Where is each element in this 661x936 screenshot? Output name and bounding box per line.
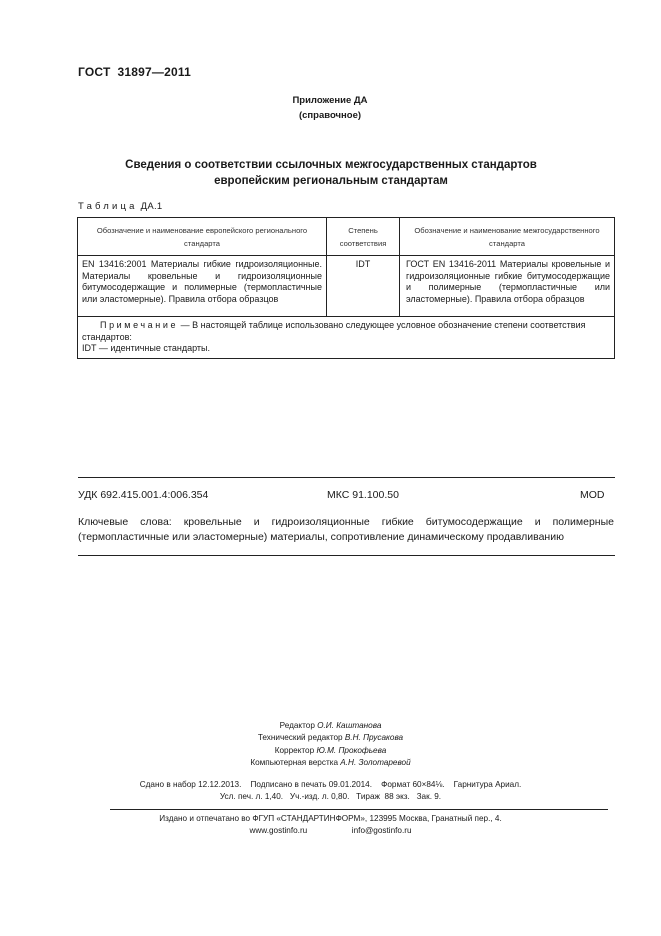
table-note: Примечание — В настоящей таблице использ… (78, 317, 615, 359)
credits-block: Редактор О.И. Каштанова Технический реда… (0, 720, 661, 770)
publication-line-1: Сдано в набор 12.12.2013. Подписано в пе… (0, 779, 661, 791)
appendix-title: Приложение ДА (260, 95, 400, 106)
publisher-email[interactable]: info@gostinfo.ru (352, 826, 412, 835)
table-caption: Таблица ДА.1 (78, 201, 163, 212)
divider-bottom (78, 555, 615, 556)
appendix-subtitle: (справочное) (260, 110, 400, 121)
table-row: EN 13416:2001 Материалы гибкие гидроизол… (78, 256, 615, 317)
cell-european-standard: EN 13416:2001 Материалы гибкие гидроизол… (78, 256, 327, 317)
column-header-interstate: Обозначение и наименование межгосударств… (400, 218, 615, 256)
mod-label: MOD (580, 489, 605, 501)
column-header-european: Обозначение и наименование европейского … (78, 218, 327, 256)
column-header-degree: Степень соответствия (327, 218, 400, 256)
publication-info: Сдано в набор 12.12.2013. Подписано в пе… (0, 779, 661, 804)
credit-tech-editor: Технический редактор В.Н. Прусакова (0, 732, 661, 744)
divider-top (78, 477, 615, 478)
publisher-info: Издано и отпечатано во ФГУП «СТАНДАРТИНФ… (0, 813, 661, 838)
divider-publisher (110, 809, 608, 810)
document-id: ГОСТ 31897—2011 (78, 65, 191, 79)
table-caption-word: Таблица (78, 201, 138, 212)
table-header-row: Обозначение и наименование европейского … (78, 218, 615, 256)
section-title: Сведения о соответствии ссылочных межгос… (100, 157, 562, 189)
note-legend: IDT — идентичные стандарты. (82, 343, 210, 353)
publication-line-2: Усл. печ. л. 1,40. Уч.-изд. л. 0,80. Тир… (0, 791, 661, 803)
publisher-contacts: www.gostinfo.ru info@gostinfo.ru (0, 825, 661, 837)
credit-layout: Компьютерная верстка А.Н. Золотаревой (0, 757, 661, 769)
publisher-website[interactable]: www.gostinfo.ru (249, 826, 307, 835)
cell-interstate-standard: ГОСТ EN 13416-2011 Материалы кровельные … (400, 256, 615, 317)
keywords: Ключевые слова: кровельные и гидроизоляц… (78, 515, 614, 545)
table-caption-id: ДА.1 (141, 201, 163, 212)
credit-editor: Редактор О.И. Каштанова (0, 720, 661, 732)
mks-code: МКС 91.100.50 (327, 489, 399, 501)
credit-proofreader: Корректор Ю.М. Прокофьева (0, 745, 661, 757)
note-label: Примечание (100, 320, 178, 330)
table-note-row: Примечание — В настоящей таблице использ… (78, 317, 615, 359)
cell-degree: IDT (327, 256, 400, 317)
correspondence-table: Обозначение и наименование европейского … (77, 217, 615, 359)
udk-code: УДК 692.415.001.4:006.354 (78, 489, 208, 501)
publisher-line: Издано и отпечатано во ФГУП «СТАНДАРТИНФ… (0, 813, 661, 825)
